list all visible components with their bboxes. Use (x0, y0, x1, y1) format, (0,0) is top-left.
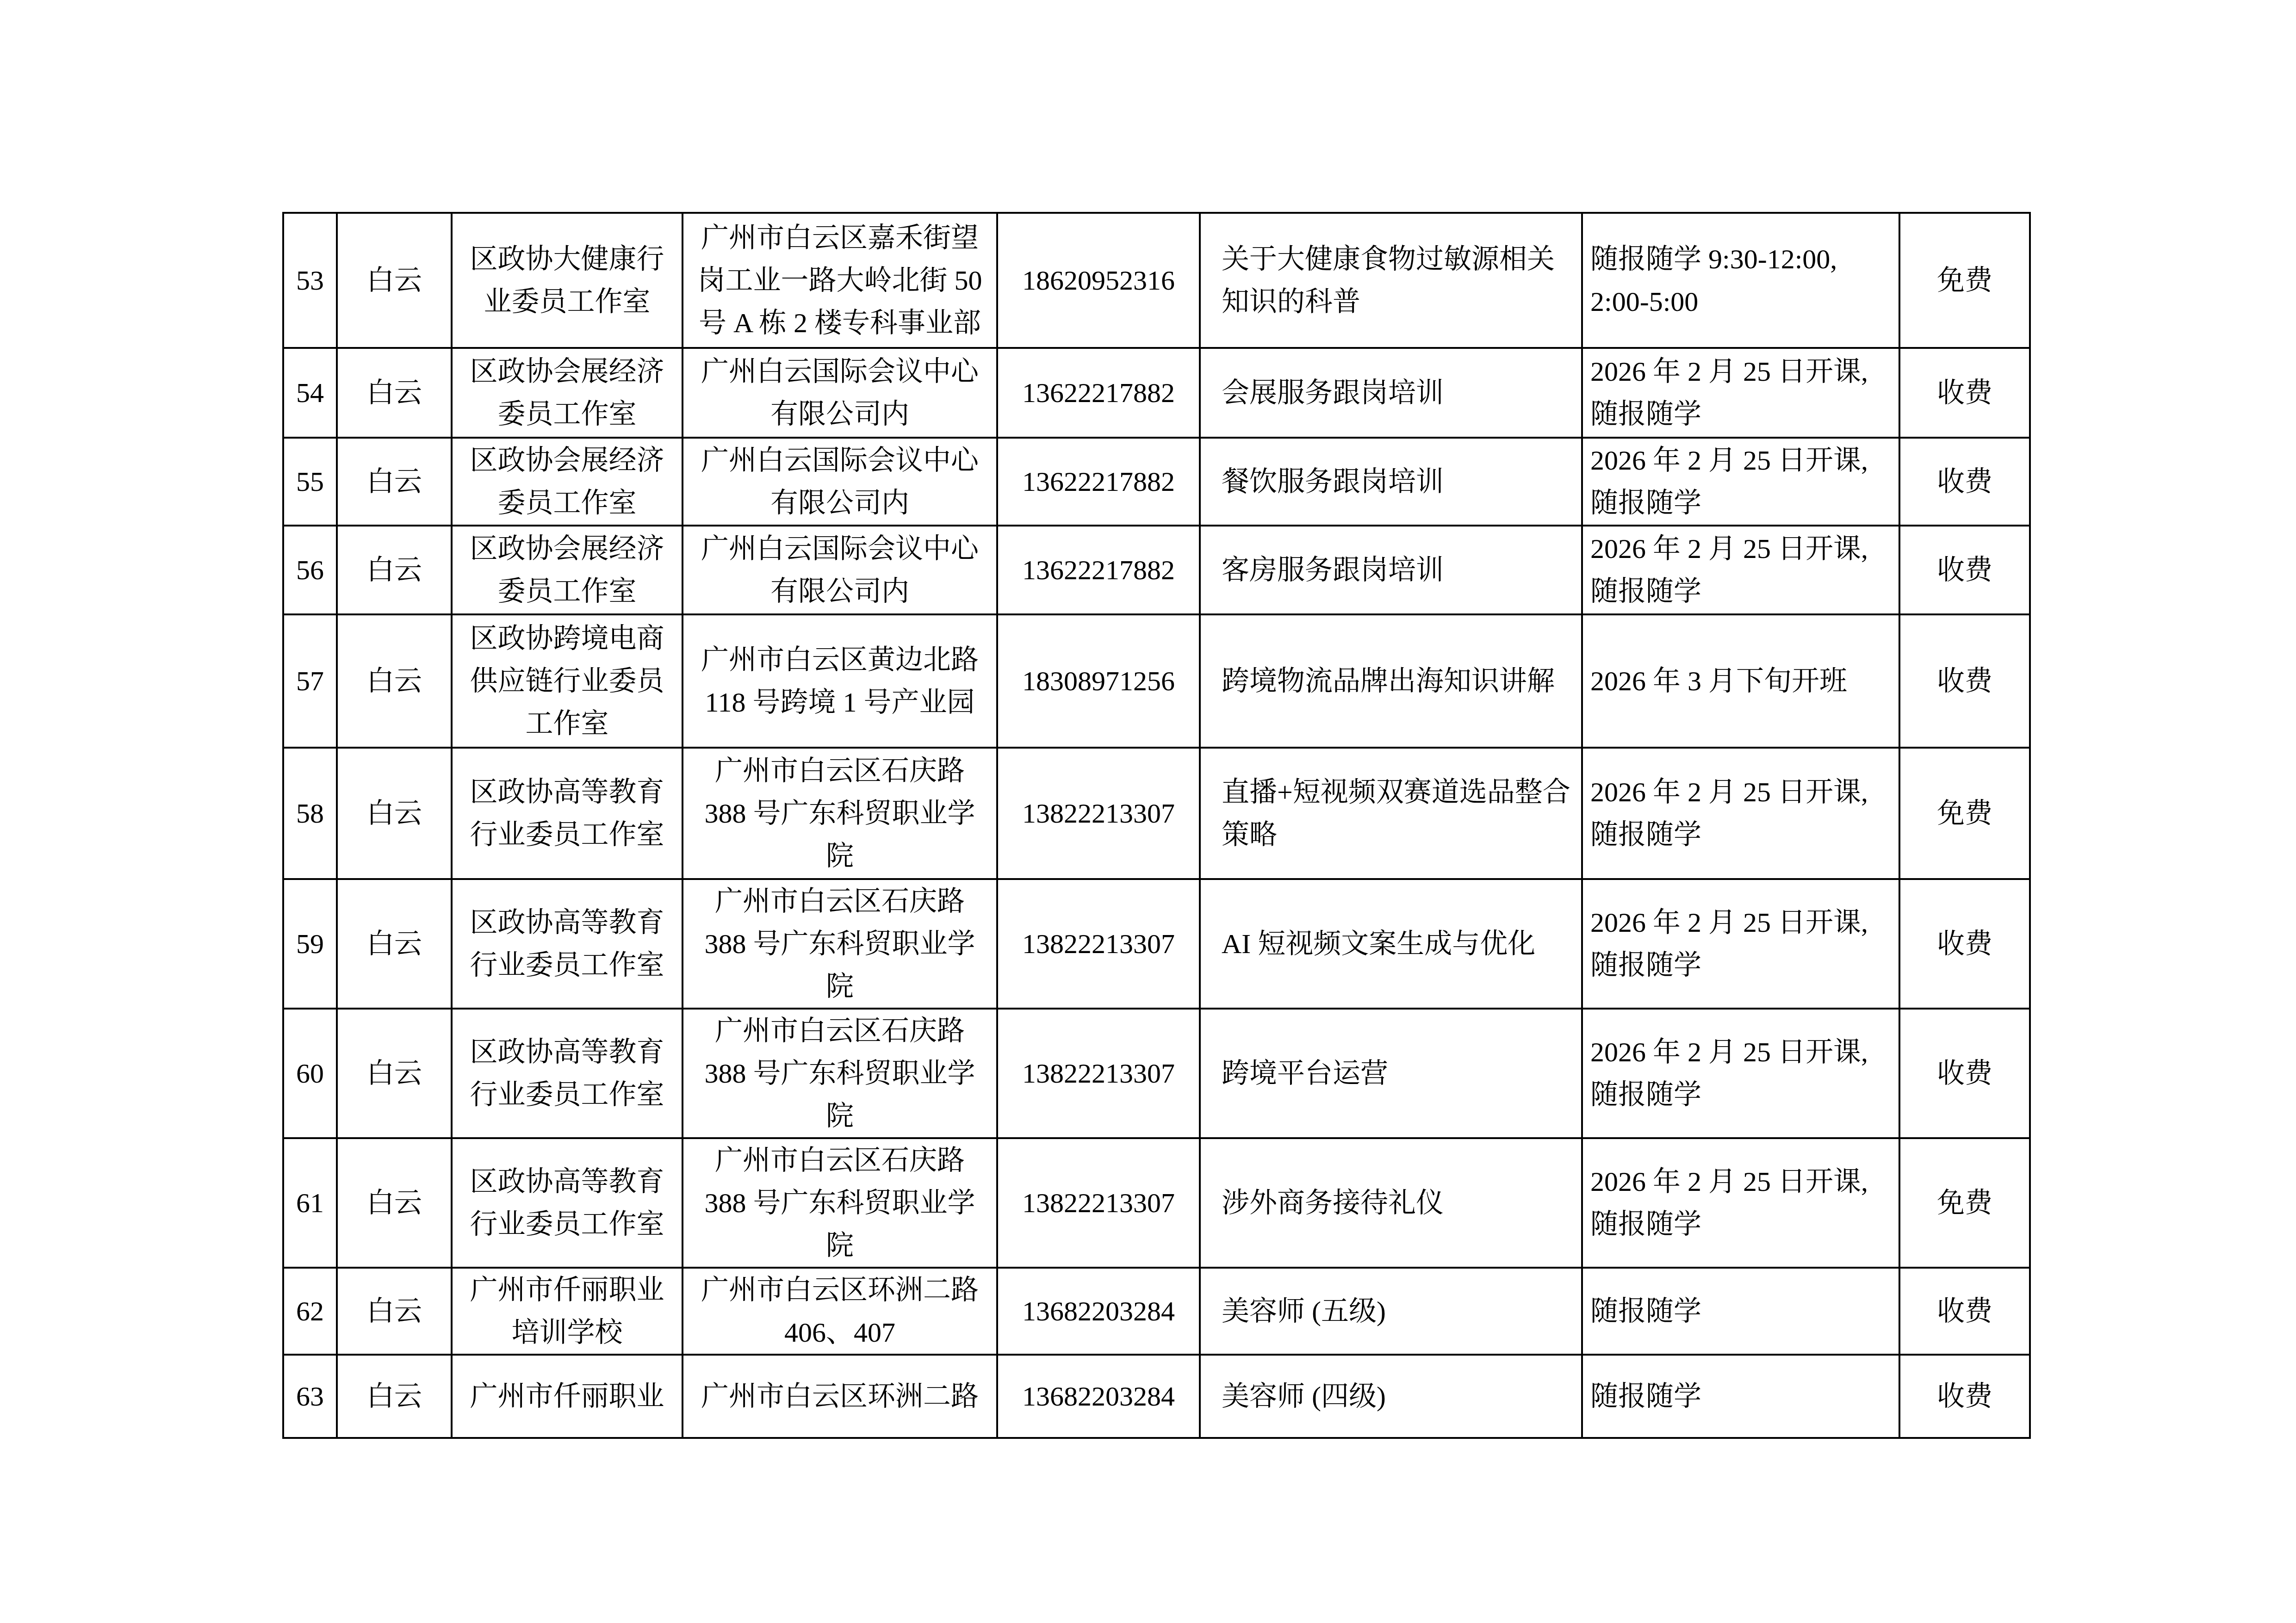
cell-address: 广州市白云区石庆路 388 号广东科贸职业学 院 (683, 1009, 997, 1138)
cell-schedule: 随报随学 9:30-12:00, 2:00-5:00 (1582, 213, 1899, 348)
cell-fee: 收费 (1899, 348, 2030, 438)
table-row: 54 白云 区政协会展经济 委员工作室 广州白云国际会议中心 有限公司内 136… (283, 348, 2030, 438)
cell-organization: 区政协会展经济 委员工作室 (452, 526, 683, 614)
cell-course: 关于大健康食物过敏源相关 知识的科普 (1200, 213, 1582, 348)
table-row: 62 白云 广州市仟丽职业 培训学校 广州市白云区环洲二路 406、407 13… (283, 1268, 2030, 1355)
cell-fee: 免费 (1899, 748, 2030, 879)
cell-district: 白云 (337, 879, 452, 1009)
cell-course: 直播+短视频双赛道选品整合 策略 (1200, 748, 1582, 879)
cell-fee: 收费 (1899, 1268, 2030, 1355)
cell-course: 会展服务跟岗培训 (1200, 348, 1582, 438)
table-row: 63 白云 广州市仟丽职业 广州市白云区环洲二路 13682203284 美容师… (283, 1355, 2030, 1438)
cell-phone: 13682203284 (997, 1355, 1200, 1438)
table-row: 60 白云 区政协高等教育 行业委员工作室 广州市白云区石庆路 388 号广东科… (283, 1009, 2030, 1138)
cell-district: 白云 (337, 1268, 452, 1355)
cell-address: 广州市白云区石庆路 388 号广东科贸职业学 院 (683, 1138, 997, 1268)
document-page: 53 白云 区政协大健康行 业委员工作室 广州市白云区嘉禾街望 岗工业一路大岭北… (0, 0, 2296, 1623)
cell-phone: 13622217882 (997, 348, 1200, 438)
cell-row-number: 58 (283, 748, 337, 879)
cell-phone: 13822213307 (997, 879, 1200, 1009)
cell-address: 广州市白云区石庆路 388 号广东科贸职业学 院 (683, 879, 997, 1009)
cell-schedule: 2026 年 2 月 25 日开课, 随报随学 (1582, 748, 1899, 879)
cell-district: 白云 (337, 213, 452, 348)
cell-district: 白云 (337, 1138, 452, 1268)
cell-course: 餐饮服务跟岗培训 (1200, 438, 1582, 526)
cell-organization: 区政协大健康行 业委员工作室 (452, 213, 683, 348)
cell-phone: 13622217882 (997, 526, 1200, 614)
cell-course: 美容师 (五级) (1200, 1268, 1582, 1355)
cell-district: 白云 (337, 1355, 452, 1438)
cell-schedule: 随报随学 (1582, 1268, 1899, 1355)
cell-row-number: 56 (283, 526, 337, 614)
cell-fee: 收费 (1899, 526, 2030, 614)
cell-address: 广州白云国际会议中心 有限公司内 (683, 438, 997, 526)
cell-phone: 13822213307 (997, 748, 1200, 879)
cell-schedule: 2026 年 2 月 25 日开课, 随报随学 (1582, 1009, 1899, 1138)
cell-address: 广州市白云区环洲二路 406、407 (683, 1268, 997, 1355)
cell-organization: 区政协跨境电商 供应链行业委员 工作室 (452, 614, 683, 748)
cell-row-number: 60 (283, 1009, 337, 1138)
cell-schedule: 2026 年 2 月 25 日开课, 随报随学 (1582, 1138, 1899, 1268)
cell-schedule: 2026 年 2 月 25 日开课, 随报随学 (1582, 526, 1899, 614)
cell-address: 广州白云国际会议中心 有限公司内 (683, 526, 997, 614)
cell-district: 白云 (337, 438, 452, 526)
cell-course: AI 短视频文案生成与优化 (1200, 879, 1582, 1009)
cell-address: 广州市白云区环洲二路 (683, 1355, 997, 1438)
cell-organization: 区政协高等教育 行业委员工作室 (452, 748, 683, 879)
cell-course: 客房服务跟岗培训 (1200, 526, 1582, 614)
cell-organization: 区政协高等教育 行业委员工作室 (452, 1138, 683, 1268)
cell-fee: 收费 (1899, 1009, 2030, 1138)
cell-fee: 免费 (1899, 1138, 2030, 1268)
cell-district: 白云 (337, 614, 452, 748)
cell-fee: 收费 (1899, 1355, 2030, 1438)
cell-organization: 区政协会展经济 委员工作室 (452, 438, 683, 526)
table-row: 61 白云 区政协高等教育 行业委员工作室 广州市白云区石庆路 388 号广东科… (283, 1138, 2030, 1268)
table-row: 57 白云 区政协跨境电商 供应链行业委员 工作室 广州市白云区黄边北路 118… (283, 614, 2030, 748)
table-body: 53 白云 区政协大健康行 业委员工作室 广州市白云区嘉禾街望 岗工业一路大岭北… (283, 213, 2030, 1438)
cell-district: 白云 (337, 1009, 452, 1138)
cell-schedule: 2026 年 2 月 25 日开课, 随报随学 (1582, 879, 1899, 1009)
cell-fee: 收费 (1899, 614, 2030, 748)
cell-fee: 收费 (1899, 438, 2030, 526)
cell-row-number: 59 (283, 879, 337, 1009)
cell-organization: 广州市仟丽职业 (452, 1355, 683, 1438)
cell-address: 广州市白云区嘉禾街望 岗工业一路大岭北街 50 号 A 栋 2 楼专科事业部 (683, 213, 997, 348)
cell-phone: 13682203284 (997, 1268, 1200, 1355)
cell-address: 广州白云国际会议中心 有限公司内 (683, 348, 997, 438)
cell-row-number: 54 (283, 348, 337, 438)
cell-course: 美容师 (四级) (1200, 1355, 1582, 1438)
cell-schedule: 2026 年 3 月下旬开班 (1582, 614, 1899, 748)
cell-organization: 广州市仟丽职业 培训学校 (452, 1268, 683, 1355)
cell-fee: 收费 (1899, 879, 2030, 1009)
table-row: 55 白云 区政协会展经济 委员工作室 广州白云国际会议中心 有限公司内 136… (283, 438, 2030, 526)
cell-fee: 免费 (1899, 213, 2030, 348)
cell-course: 涉外商务接待礼仪 (1200, 1138, 1582, 1268)
cell-schedule: 随报随学 (1582, 1355, 1899, 1438)
cell-phone: 13822213307 (997, 1138, 1200, 1268)
cell-row-number: 62 (283, 1268, 337, 1355)
cell-schedule: 2026 年 2 月 25 日开课, 随报随学 (1582, 348, 1899, 438)
cell-district: 白云 (337, 526, 452, 614)
cell-organization: 区政协高等教育 行业委员工作室 (452, 879, 683, 1009)
table-row: 59 白云 区政协高等教育 行业委员工作室 广州市白云区石庆路 388 号广东科… (283, 879, 2030, 1009)
cell-row-number: 55 (283, 438, 337, 526)
cell-phone: 18620952316 (997, 213, 1200, 348)
cell-row-number: 53 (283, 213, 337, 348)
cell-row-number: 63 (283, 1355, 337, 1438)
cell-schedule: 2026 年 2 月 25 日开课, 随报随学 (1582, 438, 1899, 526)
cell-phone: 13622217882 (997, 438, 1200, 526)
cell-row-number: 57 (283, 614, 337, 748)
cell-phone: 13822213307 (997, 1009, 1200, 1138)
cell-address: 广州市白云区石庆路 388 号广东科贸职业学 院 (683, 748, 997, 879)
table-row: 58 白云 区政协高等教育 行业委员工作室 广州市白云区石庆路 388 号广东科… (283, 748, 2030, 879)
cell-organization: 区政协高等教育 行业委员工作室 (452, 1009, 683, 1138)
training-course-table: 53 白云 区政协大健康行 业委员工作室 广州市白云区嘉禾街望 岗工业一路大岭北… (282, 212, 2031, 1439)
cell-district: 白云 (337, 748, 452, 879)
cell-row-number: 61 (283, 1138, 337, 1268)
cell-course: 跨境物流品牌出海知识讲解 (1200, 614, 1582, 748)
table-row: 56 白云 区政协会展经济 委员工作室 广州白云国际会议中心 有限公司内 136… (283, 526, 2030, 614)
cell-address: 广州市白云区黄边北路 118 号跨境 1 号产业园 (683, 614, 997, 748)
cell-phone: 18308971256 (997, 614, 1200, 748)
cell-district: 白云 (337, 348, 452, 438)
cell-organization: 区政协会展经济 委员工作室 (452, 348, 683, 438)
cell-course: 跨境平台运营 (1200, 1009, 1582, 1138)
table-row: 53 白云 区政协大健康行 业委员工作室 广州市白云区嘉禾街望 岗工业一路大岭北… (283, 213, 2030, 348)
